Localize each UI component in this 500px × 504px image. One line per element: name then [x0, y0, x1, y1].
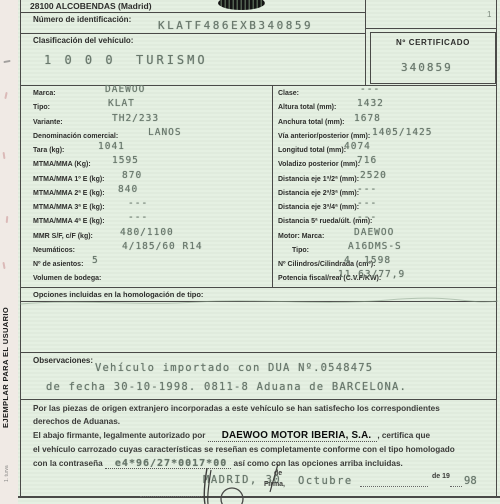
spec-value-typed: DAEWOO [354, 227, 394, 238]
spec-label: Volumen de bodega: [33, 275, 101, 282]
spec-label: MTMA/MMA 3ª E (kg): [33, 204, 105, 211]
pencil-scan-line [18, 296, 500, 310]
spec-value-typed: --- [357, 184, 377, 195]
spec-label: Motor: Marca: [278, 233, 324, 240]
spec-value-typed: --- [360, 84, 380, 95]
customs-note-line2: derechos de Aduanas. [33, 417, 120, 426]
scanned-vehicle-certificate: 28100 ALCOBENDAS (Madrid) Número de iden… [0, 0, 500, 504]
spec-value-typed: 2520 [360, 170, 387, 181]
scan-mark [3, 60, 10, 63]
rule [20, 85, 497, 86]
spec-label: Nº de asientos: [33, 261, 83, 268]
spec-value-typed: TH2/233 [112, 113, 159, 124]
company-name: DAEWOO MOTOR IBERIA, S.A. [208, 430, 378, 442]
scan-mark [3, 152, 6, 159]
spec-label: Tara (kg): [33, 147, 64, 154]
scan-mark [4, 92, 7, 99]
spec-value-typed: 1405/1425 [372, 127, 432, 138]
spec-label: Altura total (mm): [278, 104, 336, 111]
classification-label: Clasificación del vehículo: [33, 36, 133, 45]
spec-label: Distancia eje 2ª/3ª (mm): [278, 190, 359, 197]
spec-label: Voladizo posterior (mm): [278, 161, 360, 168]
spec-label: Distancia eje 3ª/4ª (mm): [278, 204, 359, 211]
rule [20, 399, 497, 400]
spec-label: Variante: [33, 119, 63, 126]
spec-value-typed: --- [128, 198, 148, 209]
spec-column-left: Marca: DAEWOO Tipo: KLAT Variante: TH2/2… [20, 87, 272, 287]
spec-label: Vía anterior/posterior (mm): [278, 133, 370, 140]
statement-line1: El abajo firmante, legalmente autorizado… [33, 429, 491, 442]
date-de19-label: de 19 [432, 473, 450, 480]
spec-row: MTMA/MMA 1º E (kg): 870 [20, 173, 272, 187]
spec-label: Denominación comercial: [33, 133, 118, 140]
spec-label: Anchura total (mm): [278, 119, 345, 126]
vin-label: Número de identificación: [33, 15, 131, 24]
spec-row: Longitud total (mm): 4074 [272, 144, 496, 158]
header-divider [365, 0, 366, 85]
spec-value-typed: 1678 [354, 113, 381, 124]
scan-mark [2, 262, 5, 269]
spec-column-right: Clase: --- Altura total (mm): 1432 Anchu… [272, 87, 496, 287]
spec-value-typed: --- [128, 212, 148, 223]
spec-label: MMR S/F, c/F (kg): [33, 233, 93, 240]
certificate-number-label: Nº CERTIFICADO [371, 38, 495, 47]
observations-line1: Vehículo importado con DUA Nº.0548475 [95, 362, 373, 374]
spec-value-typed: 5 [92, 255, 99, 266]
spec-value-typed: 840 [118, 184, 138, 195]
spec-label: Tipo: [292, 247, 309, 254]
spec-row: Potencia fiscal/real (C.V.F/KW): 11,63/7… [272, 272, 496, 286]
spec-row: Marca: DAEWOO [20, 87, 272, 101]
spec-value-typed: 1595 [112, 155, 139, 166]
issuer-address: 28100 ALCOBENDAS (Madrid) [30, 1, 152, 11]
certificate-number-value: 340859 [401, 61, 453, 74]
spec-value-typed: A16DMS-S [348, 241, 402, 252]
observations-label: Observaciones: [33, 356, 93, 365]
spec-label: MTMA/MMA (Kg): [33, 161, 91, 168]
spec-row: Neumáticos: 4/185/60 R14 [20, 244, 272, 258]
spec-label: Clase: [278, 90, 299, 97]
spec-row: Vía anterior/posterior (mm): 1405/1425 [272, 130, 496, 144]
spec-row: Clase: --- [272, 87, 496, 101]
spec-label: MTMA/MMA 4ª E (kg): [33, 218, 105, 225]
spec-value-typed: 716 [357, 155, 377, 166]
statement-text: El abajo firmante, legalmente autorizado… [33, 431, 208, 440]
date-month: Octubre [298, 475, 353, 487]
spec-row: Distancia eje 1ª/2ª (mm): 2520 [272, 173, 496, 187]
spec-value-typed: LANOS [148, 127, 182, 138]
spec-label: Longitud total (mm): [278, 147, 346, 154]
spec-value-typed: --- [357, 212, 377, 223]
customs-note: Por las piezas de origen extranjero inco… [33, 402, 491, 428]
spec-row: Volumen de bodega: [20, 272, 272, 286]
spec-row: Distancia eje 2ª/3ª (mm): --- [272, 187, 496, 201]
statement-text: con la contraseña [33, 459, 105, 468]
spec-label: Tipo: [33, 104, 50, 111]
copy-for-user-vertical-label: EJEMPLAR PARA EL USUARIO [1, 296, 16, 438]
spec-row: Altura total (mm): 1432 [272, 101, 496, 115]
rule [20, 287, 497, 288]
spec-row: Tara (kg): 1041 [20, 144, 272, 158]
spec-row: MTMA/MMA (Kg): 1595 [20, 158, 272, 172]
dotted-leader [450, 476, 462, 487]
form-print-code: 1. turva [4, 448, 13, 500]
spec-value-typed: DAEWOO [105, 84, 145, 95]
spec-row: Nº de asientos: 5 [20, 258, 272, 272]
spec-label: MTMA/MMA 1º E (kg): [33, 176, 105, 183]
scan-mark [6, 216, 9, 223]
observations-line2: de fecha 30-10-1998. 0811-8 Aduana de BA… [46, 381, 407, 393]
spec-value-typed: 4074 [344, 141, 371, 152]
spec-value-typed: --- [357, 198, 377, 209]
spec-label: MTMA/MMA 2ª E (kg): [33, 190, 105, 197]
vin-value: KLATF486EXB340859 [158, 19, 313, 32]
spec-value-typed: 1432 [357, 98, 384, 109]
right-border [496, 0, 497, 496]
spec-label: Distancia eje 1ª/2ª (mm): [278, 176, 359, 183]
statement-text: , certifica que [377, 431, 430, 440]
spec-value-typed: 870 [122, 170, 142, 181]
corner-mark: 1 [487, 10, 491, 19]
spec-row: Variante: TH2/233 [20, 116, 272, 130]
rule [20, 12, 365, 13]
signature-stroke [190, 452, 300, 504]
rule [365, 28, 496, 29]
spec-row: Denominación comercial: LANOS [20, 130, 272, 144]
certificate-number-box: Nº CERTIFICADO 340859 [370, 32, 496, 84]
spec-row: Distancia eje 3ª/4ª (mm): --- [272, 201, 496, 215]
spec-value-typed: 1041 [98, 141, 125, 152]
spec-value-typed: 4/185/60 R14 [122, 241, 203, 252]
spec-value-typed: 480/1100 [120, 227, 174, 238]
rule [20, 352, 497, 353]
spec-value-typed: KLAT [108, 98, 135, 109]
dotted-leader [360, 476, 428, 487]
rule [20, 33, 365, 34]
spec-value-typed: 11,63/77,9 [338, 269, 405, 280]
spec-label: Neumáticos: [33, 247, 75, 254]
spec-value-typed: 4 1598 [344, 255, 391, 266]
date-year: 98 [464, 475, 477, 487]
spec-label: Marca: [33, 90, 56, 97]
customs-note-line1: Por las piezas de origen extranjero inco… [33, 404, 440, 413]
classification-value: 1 0 0 0 TURISMO [44, 53, 208, 67]
